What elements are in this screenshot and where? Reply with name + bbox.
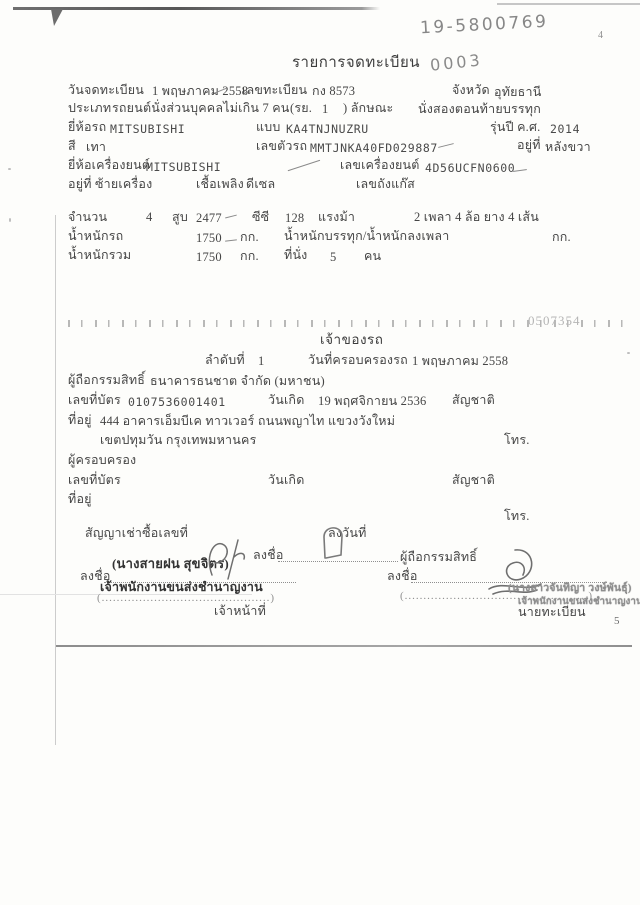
address-line-1: 444 อาคารเอ็มบีเค ทาวเวอร์ ถนนพญาไท แขวง… <box>100 414 395 429</box>
possessor-tel-label: โทร. <box>504 509 530 524</box>
type-paren-open: (รย. <box>290 101 312 116</box>
engine-position-value: ซ้ายเครื่อง <box>95 177 152 192</box>
birth-date-label: วันเกิด <box>268 393 305 408</box>
signature-dotted-line <box>278 549 398 562</box>
scan-top-right-line <box>497 3 640 5</box>
pen-tick <box>225 215 237 219</box>
vin-label: เลขตัวรถ <box>256 139 307 154</box>
reg-date-label: วันจดทะเบียน <box>68 83 144 98</box>
registration-document-scan: 19-5800769 4 0003 รายการจดทะเบียน วันจดท… <box>0 0 640 905</box>
left-role-label: เจ้าหน้าที่ <box>214 604 266 619</box>
horsepower-label: แรงม้า <box>318 210 355 225</box>
possession-date-label: วันที่ครอบครองรถ <box>308 353 408 368</box>
engine-no-label: เลขเครื่องยนต์ <box>340 158 420 173</box>
seats-unit: คน <box>364 249 381 264</box>
brand-label: ยี่ห้อรถ <box>68 120 106 135</box>
vin-position-label: อยู่ที่ <box>517 138 541 153</box>
curb-weight-value: 1750 <box>196 231 222 246</box>
holder-sign-label: ผู้ถือกรรมสิทธิ์ <box>400 550 477 565</box>
holder-label: ผู้ถือกรรมสิทธิ์ <box>68 373 145 388</box>
curb-weight-label: น้ำหนักรถ <box>68 229 123 244</box>
corner-page-number: 4 <box>598 28 603 43</box>
engine-brand-label: ยี่ห้อเครื่องยนต์ <box>68 158 150 173</box>
gross-weight-label: น้ำหนักรวม <box>68 248 131 263</box>
type-code-value: 1 <box>322 102 328 117</box>
load-weight-label: น้ำหนักบรรทุก/น้ำหนักลงเพลา <box>284 229 449 244</box>
sequence-value: 1 <box>258 354 264 369</box>
horsepower-value: 128 <box>285 211 304 226</box>
possessor-address-label: ที่อยู่ <box>68 492 92 507</box>
document-title: รายการจดทะเบียน <box>292 56 420 71</box>
card-no-value: 0107536001401 <box>128 395 226 410</box>
kg-unit-2: กก. <box>552 230 571 245</box>
engine-brand-value: MITSUBISHI <box>146 160 221 175</box>
scan-speck <box>8 168 11 170</box>
possession-date-value: 1 พฤษภาคม 2558 <box>412 354 508 369</box>
possessor-nationality-label: สัญชาติ <box>452 473 495 488</box>
perforation-stamp-number: 0507354 <box>528 313 581 328</box>
cc-unit-label: ซีซี <box>252 210 269 225</box>
hire-purchase-contract-label: สัญญาเช่าซื้อเลขที่ <box>85 526 188 541</box>
fuel-label: เชื้อเพลิง <box>196 177 244 192</box>
kg-unit-3: กก. <box>240 249 259 264</box>
handwritten-reference-number: 19-5800769 <box>420 15 549 37</box>
seats-value: 5 <box>330 250 336 265</box>
scan-speck <box>627 352 630 354</box>
province-label: จังหวัด <box>452 83 490 98</box>
cylinder-label: จำนวน <box>68 210 107 225</box>
possessor-card-label: เลขที่บัตร <box>68 473 121 488</box>
model-value: KA4TNJNUZRU <box>286 122 369 137</box>
handwritten-code: 0003 <box>429 52 483 72</box>
address-line-2: เขตปทุมวัน กรุงเทพมหานคร <box>100 433 257 448</box>
scan-speck <box>9 218 11 222</box>
left-margin-line <box>55 215 56 745</box>
pen-tick <box>225 239 237 242</box>
cc-value: 2477 <box>196 211 222 226</box>
reg-date-value: 1 พฤษภาคม 2558 <box>152 84 248 99</box>
kg-unit-1: กก. <box>240 230 259 245</box>
engine-no-value: 4D56UCFN0600 <box>425 161 515 176</box>
possessor-label: ผู้ครอบครอง <box>68 453 136 468</box>
vin-value: MMTJNKA40FD029887 <box>310 141 438 156</box>
color-label: สี <box>68 139 76 154</box>
card-no-label: เลขที่บัตร <box>68 393 121 408</box>
brand-value: MITSUBISHI <box>110 122 185 137</box>
possessor-birth-label: วันเกิด <box>268 473 305 488</box>
seats-label: ที่นั่ง <box>284 248 308 263</box>
plate-value: กง 8573 <box>312 84 355 99</box>
nationality-label: สัญชาติ <box>452 393 495 408</box>
year-label: รุ่นปี ค.ศ. <box>490 120 540 135</box>
birth-date-value: 19 พฤศจิกายน 2536 <box>318 394 426 409</box>
type-value: รถยนต์นั่งส่วนบุคคลไม่เกิน 7 คน <box>112 101 290 116</box>
gas-tank-label: เลขถังแก๊ส <box>356 177 415 192</box>
gross-weight-value: 1750 <box>196 250 222 265</box>
right-role-label: นายทะเบียน <box>518 605 586 620</box>
scan-top-line <box>13 7 380 10</box>
sequence-label: ลำดับที่ <box>205 353 245 368</box>
cc-pre-label: สูบ <box>172 210 188 225</box>
bottom-section-line <box>56 645 632 647</box>
holder-value: ธนาคารธนชาต จำกัด (มหาชน) <box>150 374 325 389</box>
type-label: ประเภท <box>68 101 111 116</box>
axle-wheel-tire-info: 2 เพลา 4 ล้อ ยาง 4 เส้น <box>414 210 539 225</box>
cylinder-value: 4 <box>146 210 152 225</box>
color-value: เทา <box>86 140 106 155</box>
model-label: แบบ <box>256 120 281 135</box>
address-label: ที่อยู่ <box>68 413 92 428</box>
province-value: อุทัยธานี <box>494 85 541 100</box>
plate-label: เลขทะเบียน <box>242 83 307 98</box>
owner-section-title: เจ้าของรถ <box>320 332 383 347</box>
engine-position-label: อยู่ที่ <box>68 177 92 192</box>
fuel-value: ดีเซล <box>246 177 275 192</box>
year-value: 2014 <box>550 122 580 137</box>
scan-top-spike <box>51 9 63 26</box>
tel-label: โทร. <box>504 433 530 448</box>
pen-tick <box>438 143 454 148</box>
type-paren-close: ) ลักษณะ <box>343 101 393 116</box>
page-number: 5 <box>614 614 620 629</box>
characteristic-value: นั่งสองตอนท้ายบรรทุก <box>418 102 541 117</box>
pen-tick <box>288 160 321 172</box>
vin-position-value: หลังขวา <box>545 140 591 155</box>
